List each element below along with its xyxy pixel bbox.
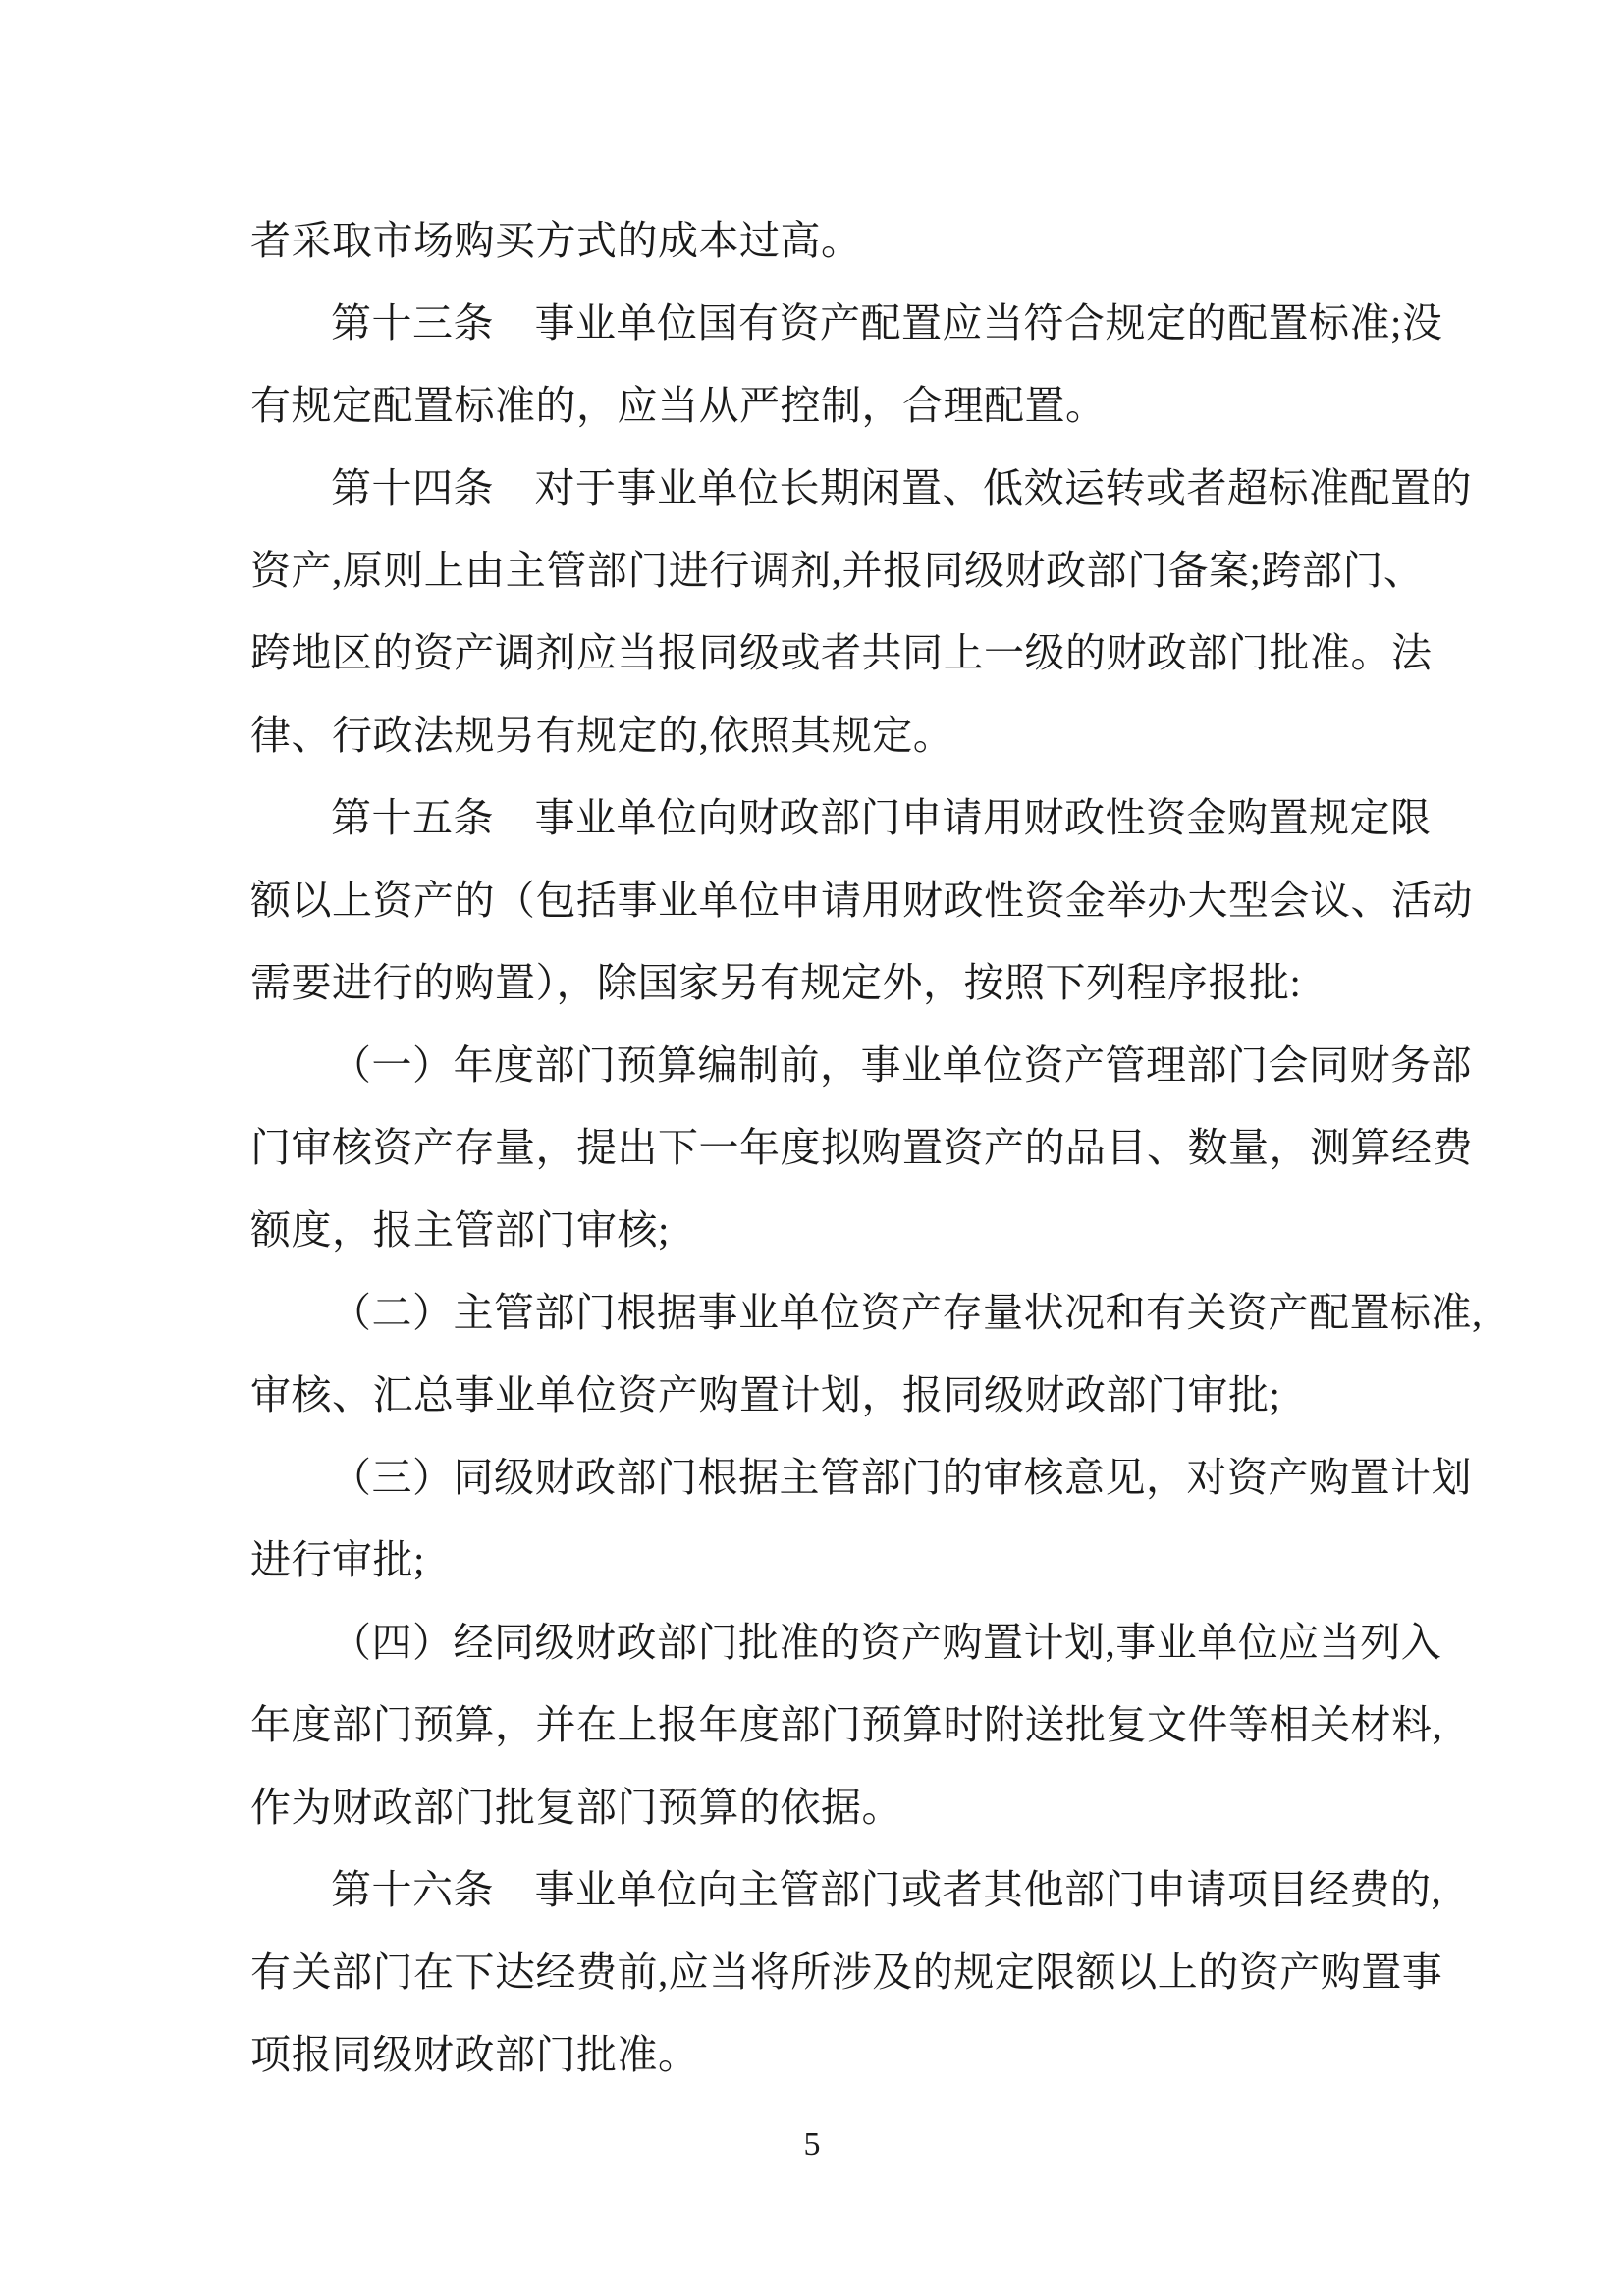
text-line: （四）经同级财政部门批准的资产购置计划,事业单位应当列入 xyxy=(250,1601,1460,1683)
text-line: 额以上资产的（包括事业单位申请用财政性资金举办大型会议、活动 xyxy=(250,859,1460,941)
text-line: 第十六条 事业单位向主管部门或者其他部门申请项目经费的, xyxy=(250,1848,1460,1931)
text-line: 有关部门在下达经费前,应当将所涉及的规定限额以上的资产购置事 xyxy=(250,1931,1460,2013)
text-line: 年度部门预算，并在上报年度部门预算时附送批复文件等相关材料, xyxy=(250,1683,1460,1766)
text-line: 审核、汇总事业单位资产购置计划，报同级财政部门审批; xyxy=(250,1354,1460,1436)
text-line: 第十四条 对于事业单位长期闲置、低效运转或者超标准配置的 xyxy=(250,447,1460,529)
text-line: 跨地区的资产调剂应当报同级或者共同上一级的财政部门批准。法 xyxy=(250,612,1460,694)
text-line: 项报同级财政部门批准。 xyxy=(250,2013,1460,2096)
text-line: 第十三条 事业单位国有资产配置应当符合规定的配置标准;没 xyxy=(250,282,1460,364)
text-line: （二）主管部门根据事业单位资产存量状况和有关资产配置标准, xyxy=(250,1271,1460,1354)
text-line: 律、行政法规另有规定的,依照其规定。 xyxy=(250,694,1460,776)
text-line: 进行审批; xyxy=(250,1519,1460,1601)
text-line: 需要进行的购置），除国家另有规定外，按照下列程序报批: xyxy=(250,941,1460,1024)
text-line: 资产,原则上由主管部门进行调剂,并报同级财政部门备案;跨部门、 xyxy=(250,529,1460,612)
document-page: 者采取市场购买方式的成本过高。第十三条 事业单位国有资产配置应当符合规定的配置标… xyxy=(0,0,1624,2296)
text-line: 门审核资产存量，提出下一年度拟购置资产的品目、数量，测算经费 xyxy=(250,1106,1460,1189)
document-body: 者采取市场购买方式的成本过高。第十三条 事业单位国有资产配置应当符合规定的配置标… xyxy=(250,199,1460,2096)
text-line: 有规定配置标准的，应当从严控制，合理配置。 xyxy=(250,364,1460,447)
page-number: 5 xyxy=(0,2123,1624,2166)
text-line: 作为财政部门批复部门预算的依据。 xyxy=(250,1766,1460,1848)
text-line: 者采取市场购买方式的成本过高。 xyxy=(250,199,1460,282)
text-line: 额度，报主管部门审核; xyxy=(250,1189,1460,1271)
text-line: （三）同级财政部门根据主管部门的审核意见，对资产购置计划 xyxy=(250,1436,1460,1519)
text-line: （一）年度部门预算编制前，事业单位资产管理部门会同财务部 xyxy=(250,1024,1460,1106)
text-line: 第十五条 事业单位向财政部门申请用财政性资金购置规定限 xyxy=(250,776,1460,859)
